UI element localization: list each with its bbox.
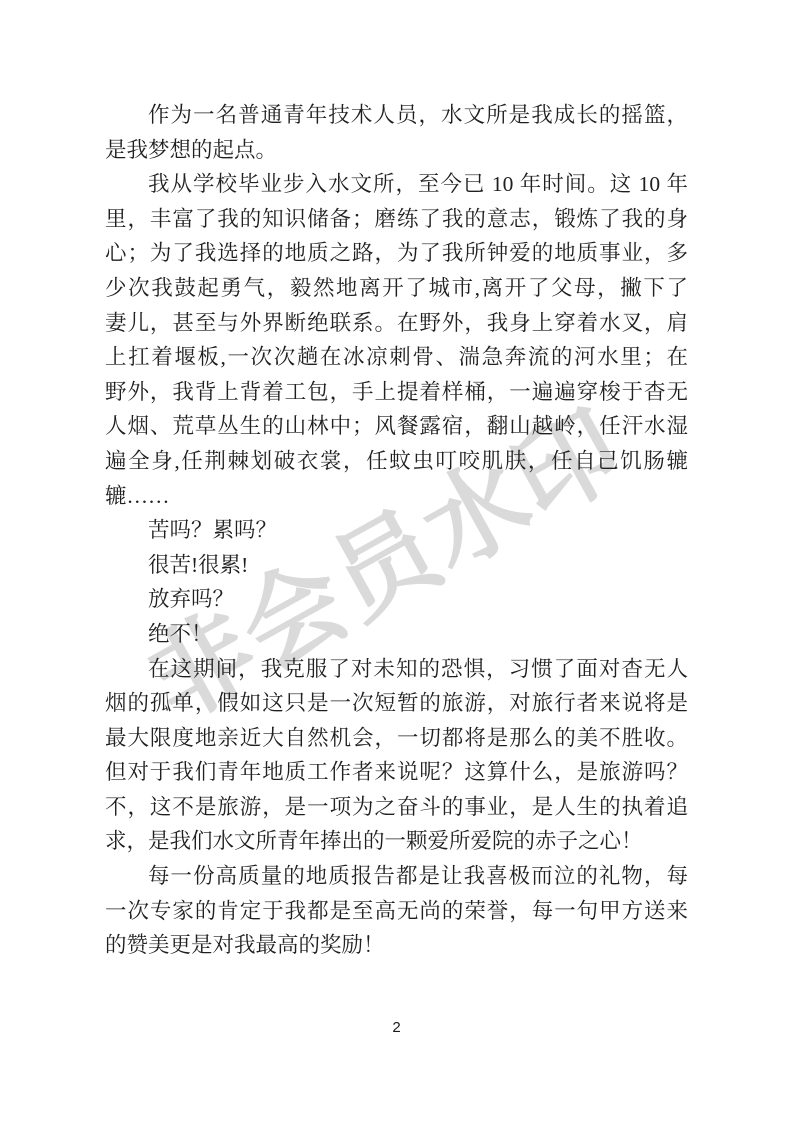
text-line: 求，是我们水文所青年捧出的一颗爱所爱院的赤子之心！ [105,824,688,859]
text-line: 少次我鼓起勇气，毅然地离开了城市,离开了父母，撇下了 [105,271,688,306]
text-line: 里，丰富了我的知识储备；磨练了我的意志，锻炼了我的身 [105,202,688,237]
text-line: 在这期间，我克服了对未知的恐惧，习惯了面对杳无人 [105,652,688,687]
text-line: 野外，我背上背着工包，手上提着样桶，一遍遍穿梭于杳无 [105,375,688,410]
text-line: 心；为了我选择的地质之路，为了我所钟爱的地质事业，多 [105,236,688,271]
text-line: 苦吗？累吗？ [105,513,688,548]
text-line: 作为一名普通青年技术人员，水文所是我成长的摇篮， [105,98,688,133]
text-line: 绝不！ [105,617,688,652]
text-line: 每一份高质量的地质报告都是让我喜极而泣的礼物，每 [105,859,688,894]
document-page: 非会员水印 作为一名普通青年技术人员，水文所是我成长的摇篮，是我梦想的起点。我从… [0,0,793,1122]
text-line: 很苦!很累! [105,548,688,583]
text-line: 烟的孤单，假如这只是一次短暂的旅游，对旅行者来说将是 [105,686,688,721]
text-line: 一次专家的肯定于我都是至高无尚的荣誉，每一句甲方送来 [105,894,688,929]
text-line: 我从学校毕业步入水文所，至今已 10 年时间。这 10 年 [105,167,688,202]
text-line: 的赞美更是对我最高的奖励！ [105,928,688,963]
text-line: 不，这不是旅游，是一项为之奋斗的事业，是人生的执着追 [105,790,688,825]
text-line: 但对于我们青年地质工作者来说呢？这算什么，是旅游吗？ [105,755,688,790]
text-line: 是我梦想的起点。 [105,133,688,168]
text-line: 最大限度地亲近大自然机会，一切都将是那么的美不胜收。 [105,721,688,756]
page-number: 2 [0,1019,793,1036]
text-line: 妻儿，甚至与外界断绝联系。在野外，我身上穿着水叉，肩 [105,306,688,341]
text-line: 遍全身,任荆棘划破衣裳，任蚊虫叮咬肌肤，任自己饥肠辘 [105,444,688,479]
text-line: 辘…… [105,479,688,514]
text-line: 放弃吗？ [105,582,688,617]
document-body: 作为一名普通青年技术人员，水文所是我成长的摇篮，是我梦想的起点。我从学校毕业步入… [105,98,688,963]
text-line: 人烟、荒草丛生的山林中；风餐露宿，翻山越岭，任汗水湿 [105,409,688,444]
text-line: 上扛着堰板,一次次趟在冰凉刺骨、湍急奔流的河水里；在 [105,340,688,375]
